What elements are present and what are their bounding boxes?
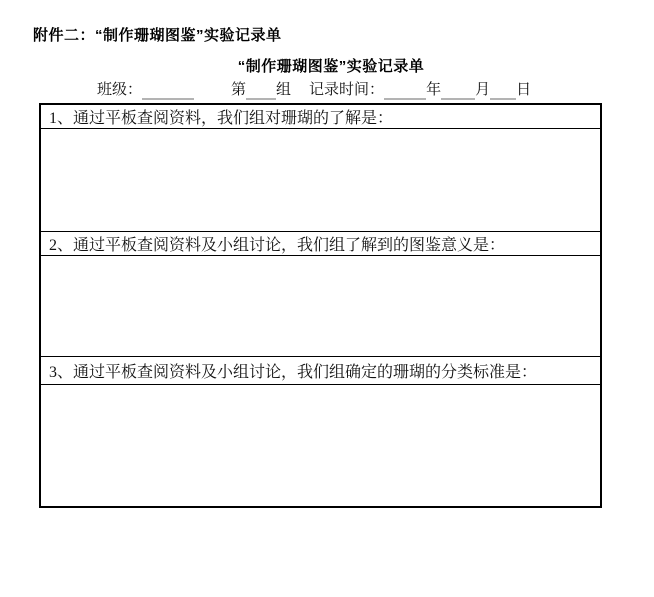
record-table: 1、通过平板查阅资料，我们组对珊瑚的了解是： 2、通过平板查阅资料及小组讨论，我… xyxy=(39,103,602,508)
class-label: 班级： xyxy=(97,81,142,100)
question-1-answer-area[interactable] xyxy=(41,129,600,232)
attachment-title: 附件二：“制作珊瑚图鉴”实验记录单 xyxy=(33,26,282,46)
group-number-suffix: 组 xyxy=(276,81,291,100)
year-blank-field[interactable] xyxy=(384,85,426,100)
question-3-prompt: 3、通过平板查阅资料及小组讨论，我们组确定的珊瑚的分类标准是： xyxy=(41,357,600,385)
group-blank-field[interactable] xyxy=(246,85,276,100)
question-3-answer-area[interactable] xyxy=(41,385,600,506)
day-blank-field[interactable] xyxy=(490,85,516,100)
document-page: 附件二：“制作珊瑚图鉴”实验记录单 “制作珊瑚图鉴”实验记录单 班级： 第 组 … xyxy=(0,0,654,597)
day-label: 日 xyxy=(516,81,531,100)
question-2-answer-area[interactable] xyxy=(41,256,600,357)
page-title: “制作珊瑚图鉴”实验记录单 xyxy=(0,57,654,77)
class-group-date-line: 班级： 第 组 记录时间： 年 月 日 xyxy=(97,81,531,100)
month-label: 月 xyxy=(475,81,490,100)
year-label: 年 xyxy=(426,81,441,100)
question-1-prompt: 1、通过平板查阅资料，我们组对珊瑚的了解是： xyxy=(41,105,600,129)
month-blank-field[interactable] xyxy=(441,85,475,100)
group-number-prefix: 第 xyxy=(231,81,246,100)
class-blank-field[interactable] xyxy=(142,85,194,100)
record-time-label: 记录时间： xyxy=(309,81,384,100)
question-2-prompt: 2、通过平板查阅资料及小组讨论，我们组了解到的图鉴意义是： xyxy=(41,232,600,256)
